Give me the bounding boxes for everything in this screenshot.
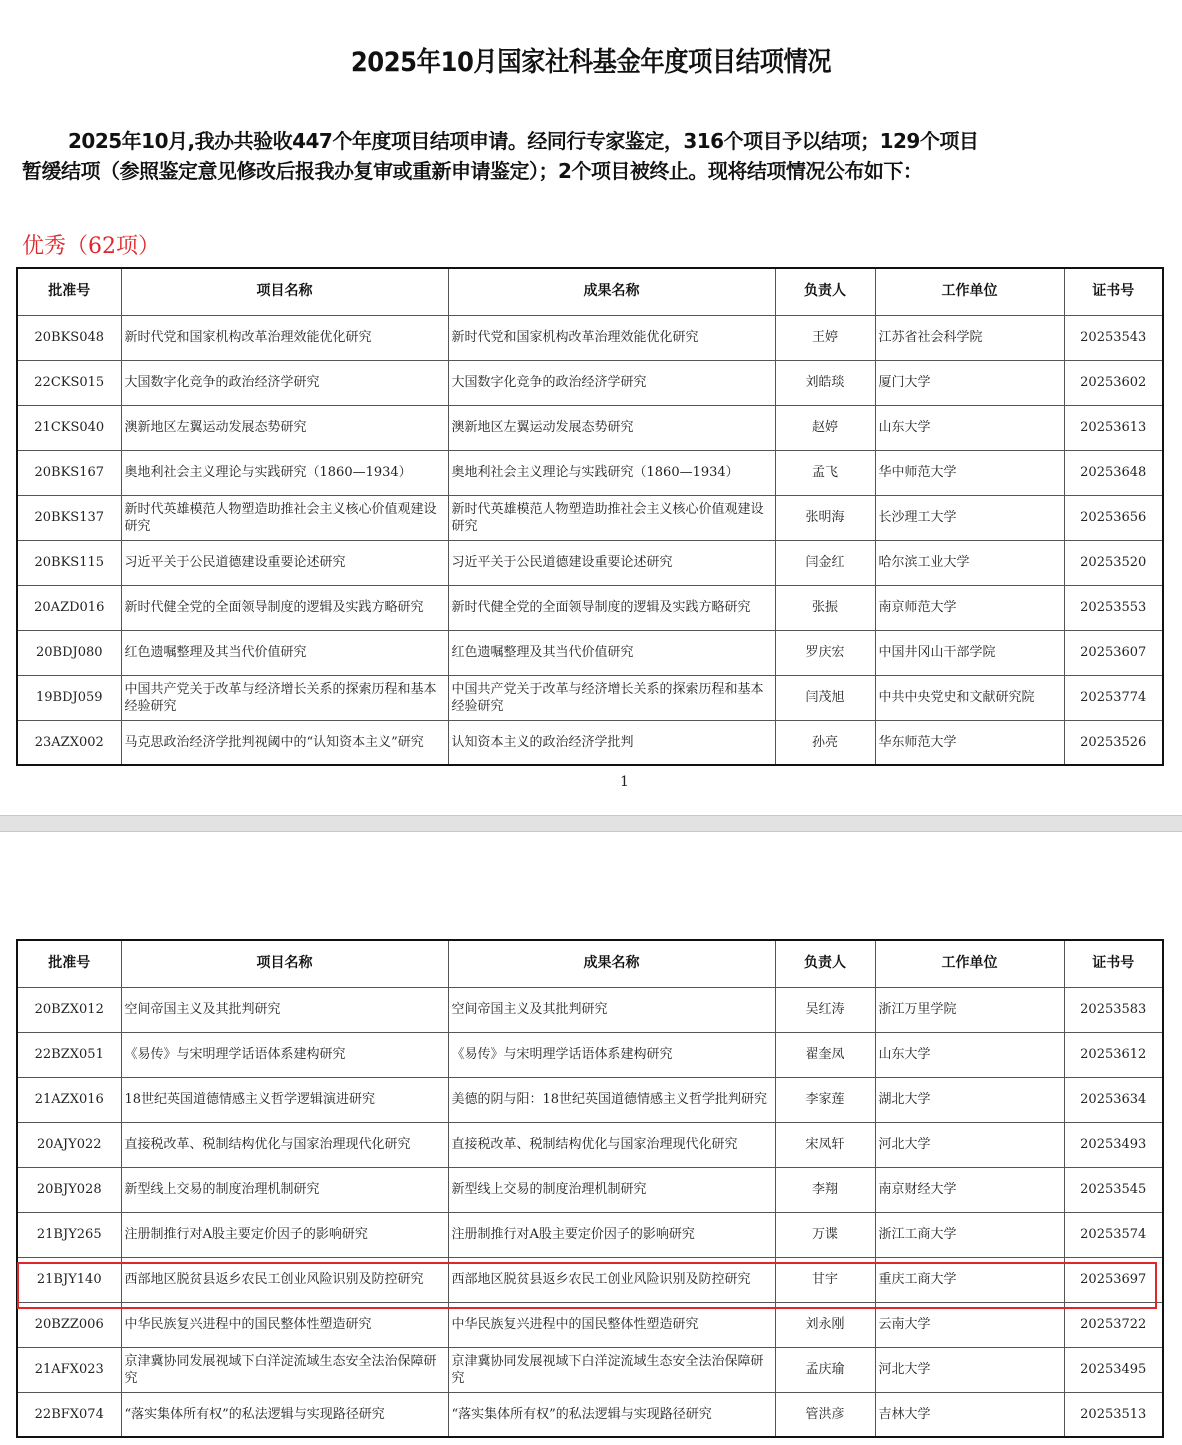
cell-project-name: 18世纪英国道德情感主义哲学逻辑演进研究 <box>121 1077 448 1122</box>
cell-project-name: 奥地利社会主义理论与实践研究（1860—1934） <box>121 450 448 495</box>
cell-approval-no: 21BJY265 <box>17 1212 121 1257</box>
header-cert-no: 证书号 <box>1064 268 1163 315</box>
header-leader: 负责人 <box>775 268 875 315</box>
cell-leader: 刘永刚 <box>775 1302 875 1347</box>
cell-approval-no: 21AZX016 <box>17 1077 121 1122</box>
cell-unit: 浙江工商大学 <box>875 1212 1064 1257</box>
cell-cert-no: 20253613 <box>1064 405 1163 450</box>
table-body: 20BZX012 空间帝国主义及其批判研究 空间帝国主义及其批判研究 吴红涛 浙… <box>17 987 1163 1437</box>
cell-approval-no: 20BZX012 <box>17 987 121 1032</box>
cell-result-name: 新时代党和国家机构改革治理效能优化研究 <box>448 315 775 360</box>
cell-result-name: 注册制推行对A股主要定价因子的影响研究 <box>448 1212 775 1257</box>
header-approval-no: 批准号 <box>17 940 121 987</box>
header-unit: 工作单位 <box>875 268 1064 315</box>
cell-leader: 管洪彦 <box>775 1392 875 1437</box>
cell-approval-no: 21BJY140 <box>17 1257 121 1302</box>
cell-project-name: 习近平关于公民道德建设重要论述研究 <box>121 540 448 585</box>
table-row: 19BDJ059 中国共产党关于改革与经济增长关系的探索历程和基本经验研究 中国… <box>17 675 1163 720</box>
header-cert-no: 证书号 <box>1064 940 1163 987</box>
cell-cert-no: 20253574 <box>1064 1212 1163 1257</box>
header-project-name: 项目名称 <box>121 268 448 315</box>
cell-leader: 王婷 <box>775 315 875 360</box>
header-result-name: 成果名称 <box>448 268 775 315</box>
cell-project-name: 新时代英雄模范人物塑造助推社会主义核心价值观建设研究 <box>121 495 448 540</box>
cell-unit: 南京财经大学 <box>875 1167 1064 1212</box>
cell-leader: 张振 <box>775 585 875 630</box>
cell-approval-no: 20BJY028 <box>17 1167 121 1212</box>
cell-unit: 哈尔滨工业大学 <box>875 540 1064 585</box>
cell-cert-no: 20253495 <box>1064 1347 1163 1392</box>
cell-cert-no: 20253513 <box>1064 1392 1163 1437</box>
document-page-1: 2025年10月国家社科基金年度项目结项情况 2025年10月,我办共验收447… <box>0 0 1182 815</box>
cell-cert-no: 20253520 <box>1064 540 1163 585</box>
cell-approval-no: 20BZZ006 <box>17 1302 121 1347</box>
cell-project-name: 直接税改革、税制结构优化与国家治理现代化研究 <box>121 1122 448 1167</box>
cell-result-name: 中国共产党关于改革与经济增长关系的探索历程和基本经验研究 <box>448 675 775 720</box>
table-row: 20BKS115 习近平关于公民道德建设重要论述研究 习近平关于公民道德建设重要… <box>17 540 1163 585</box>
table-row: 22CKS015 大国数字化竞争的政治经济学研究 大国数字化竞争的政治经济学研究… <box>17 360 1163 405</box>
cell-cert-no: 20253697 <box>1064 1257 1163 1302</box>
cell-project-name: 注册制推行对A股主要定价因子的影响研究 <box>121 1212 448 1257</box>
intro-paragraph: 2025年10月,我办共验收447个年度项目结项申请。经同行专家鉴定，316个项… <box>22 126 1162 186</box>
cell-cert-no: 20253602 <box>1064 360 1163 405</box>
table-row: 23AZX002 马克思政治经济学批判视阈中的“认知资本主义”研究 认知资本主义… <box>17 720 1163 765</box>
cell-result-name: 澳新地区左翼运动发展态势研究 <box>448 405 775 450</box>
cell-result-name: 奥地利社会主义理论与实践研究（1860—1934） <box>448 450 775 495</box>
cell-project-name: 大国数字化竞争的政治经济学研究 <box>121 360 448 405</box>
cell-cert-no: 20253774 <box>1064 675 1163 720</box>
header-leader: 负责人 <box>775 940 875 987</box>
cell-unit: 中国井冈山干部学院 <box>875 630 1064 675</box>
cell-cert-no: 20253722 <box>1064 1302 1163 1347</box>
cell-project-name: 红色遗嘱整理及其当代价值研究 <box>121 630 448 675</box>
table-row-highlighted: 21BJY140 西部地区脱贫县返乡农民工创业风险识别及防控研究 西部地区脱贫县… <box>17 1257 1163 1302</box>
cell-result-name: 西部地区脱贫县返乡农民工创业风险识别及防控研究 <box>448 1257 775 1302</box>
cell-project-name: 新时代党和国家机构改革治理效能优化研究 <box>121 315 448 360</box>
cell-leader: 宋凤轩 <box>775 1122 875 1167</box>
cell-result-name: 美德的阴与阳：18世纪英国道德情感主义哲学批判研究 <box>448 1077 775 1122</box>
cell-unit: 浙江万里学院 <box>875 987 1064 1032</box>
intro-line-1: 2025年10月,我办共验收447个年度项目结项申请。经同行专家鉴定，316个项… <box>22 126 1162 156</box>
cell-leader: 李翔 <box>775 1167 875 1212</box>
cell-approval-no: 22BZX051 <box>17 1032 121 1077</box>
table-body: 20BKS048 新时代党和国家机构改革治理效能优化研究 新时代党和国家机构改革… <box>17 315 1163 765</box>
cell-project-name: 空间帝国主义及其批判研究 <box>121 987 448 1032</box>
cell-cert-no: 20253612 <box>1064 1032 1163 1077</box>
table-row: 20BKS048 新时代党和国家机构改革治理效能优化研究 新时代党和国家机构改革… <box>17 315 1163 360</box>
document-title: 2025年10月国家社科基金年度项目结项情况 <box>59 40 1123 79</box>
cell-result-name: 认知资本主义的政治经济学批判 <box>448 720 775 765</box>
header-unit: 工作单位 <box>875 940 1064 987</box>
cell-cert-no: 20253648 <box>1064 450 1163 495</box>
cell-result-name: 空间帝国主义及其批判研究 <box>448 987 775 1032</box>
cell-unit: 河北大学 <box>875 1347 1064 1392</box>
table-row: 22BZX051 《易传》与宋明理学话语体系建构研究 《易传》与宋明理学话语体系… <box>17 1032 1163 1077</box>
cell-cert-no: 20253493 <box>1064 1122 1163 1167</box>
cell-approval-no: 22BFX074 <box>17 1392 121 1437</box>
cell-result-name: 新时代健全党的全面领导制度的逻辑及实践方略研究 <box>448 585 775 630</box>
table-row: 22BFX074 “落实集体所有权”的私法逻辑与实现路径研究 “落实集体所有权”… <box>17 1392 1163 1437</box>
cell-leader: 孟飞 <box>775 450 875 495</box>
cell-unit: 中共中央党史和文献研究院 <box>875 675 1064 720</box>
cell-unit: 华东师范大学 <box>875 720 1064 765</box>
cell-leader: 闫茂旭 <box>775 675 875 720</box>
table-header-row: 批准号 项目名称 成果名称 负责人 工作单位 证书号 <box>17 268 1163 315</box>
cell-project-name: 京津冀协同发展视域下白洋淀流域生态安全法治保障研究 <box>121 1347 448 1392</box>
cell-approval-no: 21AFX023 <box>17 1347 121 1392</box>
cell-approval-no: 23AZX002 <box>17 720 121 765</box>
table-row: 20AJY022 直接税改革、税制结构优化与国家治理现代化研究 直接税改革、税制… <box>17 1122 1163 1167</box>
cell-project-name: “落实集体所有权”的私法逻辑与实现路径研究 <box>121 1392 448 1437</box>
cell-result-name: 新型线上交易的制度治理机制研究 <box>448 1167 775 1212</box>
cell-approval-no: 21CKS040 <box>17 405 121 450</box>
cell-project-name: 西部地区脱贫县返乡农民工创业风险识别及防控研究 <box>121 1257 448 1302</box>
table-header-row: 批准号 项目名称 成果名称 负责人 工作单位 证书号 <box>17 940 1163 987</box>
cell-leader: 李家莲 <box>775 1077 875 1122</box>
results-table-page-1: 批准号 项目名称 成果名称 负责人 工作单位 证书号 20BKS048 新时代党… <box>16 267 1164 766</box>
cell-leader: 孙亮 <box>775 720 875 765</box>
cell-approval-no: 20BKS137 <box>17 495 121 540</box>
cell-unit: 华中师范大学 <box>875 450 1064 495</box>
cell-approval-no: 19BDJ059 <box>17 675 121 720</box>
cell-project-name: 中国共产党关于改革与经济增长关系的探索历程和基本经验研究 <box>121 675 448 720</box>
cell-cert-no: 20253583 <box>1064 987 1163 1032</box>
cell-unit: 山东大学 <box>875 1032 1064 1077</box>
cell-leader: 张明海 <box>775 495 875 540</box>
cell-cert-no: 20253543 <box>1064 315 1163 360</box>
cell-project-name: 新时代健全党的全面领导制度的逻辑及实践方略研究 <box>121 585 448 630</box>
cell-cert-no: 20253607 <box>1064 630 1163 675</box>
cell-leader: 万谍 <box>775 1212 875 1257</box>
cell-cert-no: 20253656 <box>1064 495 1163 540</box>
cell-approval-no: 20BKS167 <box>17 450 121 495</box>
cell-unit: 云南大学 <box>875 1302 1064 1347</box>
cell-result-name: 大国数字化竞争的政治经济学研究 <box>448 360 775 405</box>
page-separator <box>0 815 1182 832</box>
cell-leader: 刘皓琰 <box>775 360 875 405</box>
cell-result-name: 新时代英雄模范人物塑造助推社会主义核心价值观建设研究 <box>448 495 775 540</box>
cell-unit: 山东大学 <box>875 405 1064 450</box>
table-row: 20BZX012 空间帝国主义及其批判研究 空间帝国主义及其批判研究 吴红涛 浙… <box>17 987 1163 1032</box>
cell-project-name: 新型线上交易的制度治理机制研究 <box>121 1167 448 1212</box>
cell-cert-no: 20253526 <box>1064 720 1163 765</box>
cell-cert-no: 20253545 <box>1064 1167 1163 1212</box>
cell-approval-no: 20AZD016 <box>17 585 121 630</box>
cell-cert-no: 20253634 <box>1064 1077 1163 1122</box>
cell-result-name: “落实集体所有权”的私法逻辑与实现路径研究 <box>448 1392 775 1437</box>
cell-unit: 江苏省社会科学院 <box>875 315 1064 360</box>
cell-unit: 南京师范大学 <box>875 585 1064 630</box>
table-row: 21AFX023 京津冀协同发展视域下白洋淀流域生态安全法治保障研究 京津冀协同… <box>17 1347 1163 1392</box>
cell-approval-no: 20BKS115 <box>17 540 121 585</box>
intro-line-2: 暂缓结项（参照鉴定意见修改后报我办复审或重新申请鉴定）；2个项目被终止。现将结项… <box>22 156 1162 186</box>
cell-leader: 赵婷 <box>775 405 875 450</box>
cell-approval-no: 20AJY022 <box>17 1122 121 1167</box>
header-result-name: 成果名称 <box>448 940 775 987</box>
table-row: 20BKS137 新时代英雄模范人物塑造助推社会主义核心价值观建设研究 新时代英… <box>17 495 1163 540</box>
cell-project-name: 澳新地区左翼运动发展态势研究 <box>121 405 448 450</box>
cell-leader: 吴红涛 <box>775 987 875 1032</box>
cell-unit: 重庆工商大学 <box>875 1257 1064 1302</box>
table-row: 21AZX016 18世纪英国道德情感主义哲学逻辑演进研究 美德的阴与阳：18世… <box>17 1077 1163 1122</box>
table-row: 20BKS167 奥地利社会主义理论与实践研究（1860—1934） 奥地利社会… <box>17 450 1163 495</box>
cell-approval-no: 22CKS015 <box>17 360 121 405</box>
cell-result-name: 红色遗嘱整理及其当代价值研究 <box>448 630 775 675</box>
cell-result-name: 直接税改革、税制结构优化与国家治理现代化研究 <box>448 1122 775 1167</box>
cell-leader: 甘宇 <box>775 1257 875 1302</box>
cell-project-name: 中华民族复兴进程中的国民整体性塑造研究 <box>121 1302 448 1347</box>
cell-result-name: 《易传》与宋明理学话语体系建构研究 <box>448 1032 775 1077</box>
cell-unit: 湖北大学 <box>875 1077 1064 1122</box>
header-project-name: 项目名称 <box>121 940 448 987</box>
cell-leader: 孟庆瑜 <box>775 1347 875 1392</box>
page-number: 1 <box>620 774 629 790</box>
cell-unit: 河北大学 <box>875 1122 1064 1167</box>
cell-result-name: 中华民族复兴进程中的国民整体性塑造研究 <box>448 1302 775 1347</box>
table-row: 20BDJ080 红色遗嘱整理及其当代价值研究 红色遗嘱整理及其当代价值研究 罗… <box>17 630 1163 675</box>
cell-project-name: 马克思政治经济学批判视阈中的“认知资本主义”研究 <box>121 720 448 765</box>
results-table-page-2: 批准号 项目名称 成果名称 负责人 工作单位 证书号 20BZX012 空间帝国… <box>16 939 1164 1438</box>
table-row: 20AZD016 新时代健全党的全面领导制度的逻辑及实践方略研究 新时代健全党的… <box>17 585 1163 630</box>
cell-leader: 罗庆宏 <box>775 630 875 675</box>
cell-unit: 厦门大学 <box>875 360 1064 405</box>
cell-result-name: 京津冀协同发展视域下白洋淀流域生态安全法治保障研究 <box>448 1347 775 1392</box>
cell-unit: 吉林大学 <box>875 1392 1064 1437</box>
cell-leader: 闫金红 <box>775 540 875 585</box>
table-row: 20BJY028 新型线上交易的制度治理机制研究 新型线上交易的制度治理机制研究… <box>17 1167 1163 1212</box>
cell-approval-no: 20BKS048 <box>17 315 121 360</box>
table-row: 20BZZ006 中华民族复兴进程中的国民整体性塑造研究 中华民族复兴进程中的国… <box>17 1302 1163 1347</box>
cell-result-name: 习近平关于公民道德建设重要论述研究 <box>448 540 775 585</box>
cell-approval-no: 20BDJ080 <box>17 630 121 675</box>
cell-leader: 翟奎凤 <box>775 1032 875 1077</box>
cell-cert-no: 20253553 <box>1064 585 1163 630</box>
cell-unit: 长沙理工大学 <box>875 495 1064 540</box>
header-approval-no: 批准号 <box>17 268 121 315</box>
cell-project-name: 《易传》与宋明理学话语体系建构研究 <box>121 1032 448 1077</box>
table-row: 21BJY265 注册制推行对A股主要定价因子的影响研究 注册制推行对A股主要定… <box>17 1212 1163 1257</box>
table-row: 21CKS040 澳新地区左翼运动发展态势研究 澳新地区左翼运动发展态势研究 赵… <box>17 405 1163 450</box>
section-heading-excellent: 优秀（62项） <box>22 229 160 260</box>
